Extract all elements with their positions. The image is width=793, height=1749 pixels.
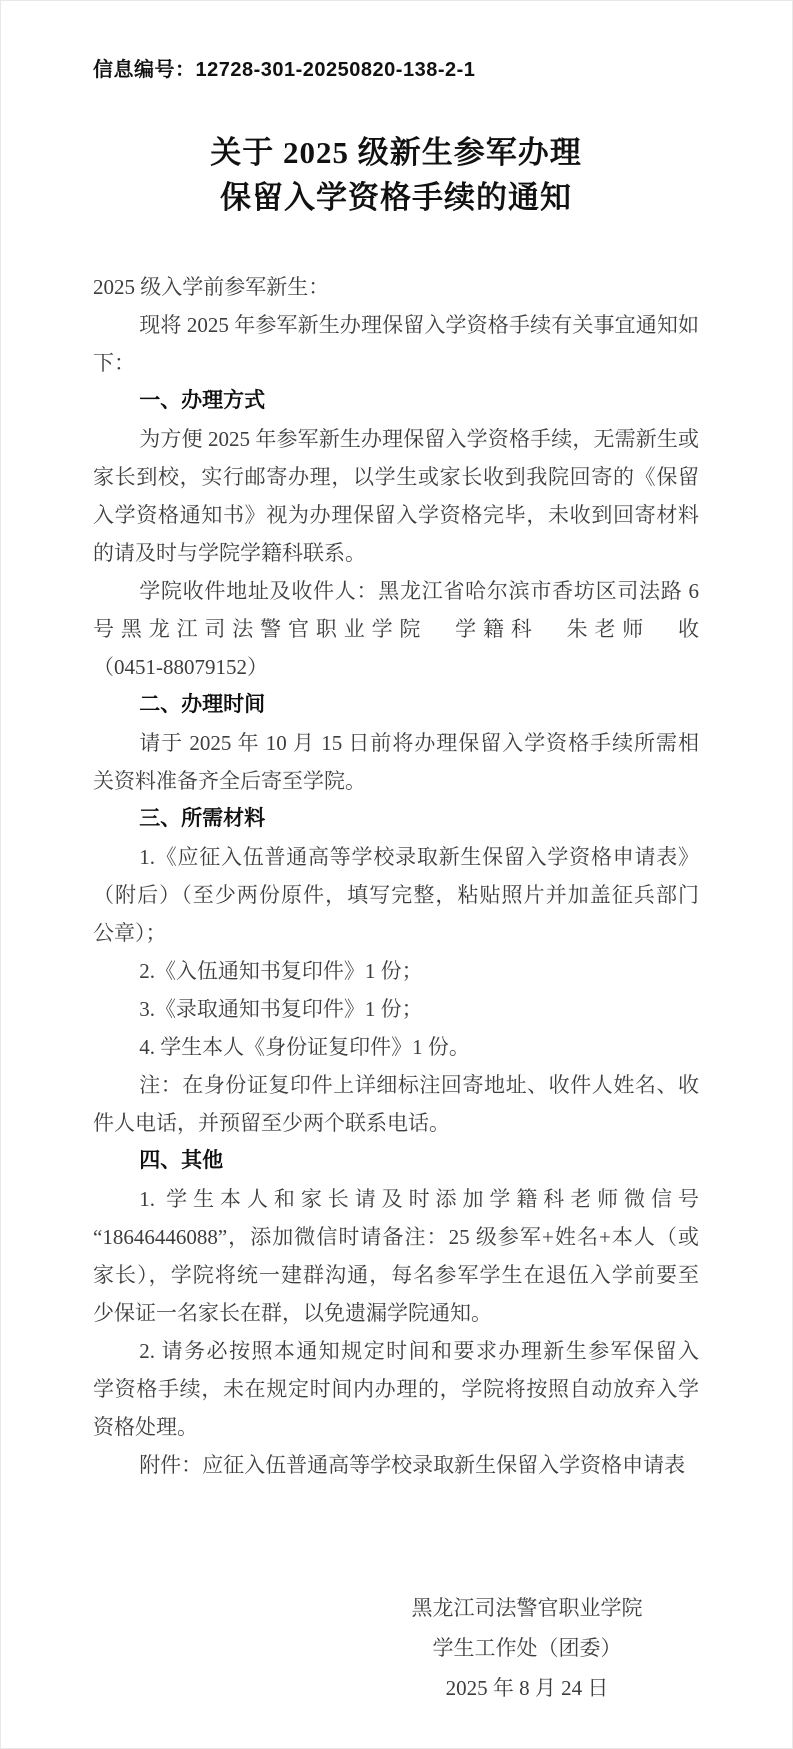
notice-title: 关于 2025 级新生参军办理 保留入学资格手续的通知 (93, 130, 699, 220)
body-line: 学院收件地址及收件人：黑龙江省哈尔滨市香坊区司法路 6 (93, 572, 699, 610)
doc-number: 信息编号：12728-301-20250820-138-2-1 (93, 56, 699, 84)
body-line: 的请及时与学院学籍科联系。 (93, 534, 699, 572)
body-line: 2.《入伍通知书复印件》1 份； (93, 952, 699, 990)
body-line: 家长到校，实行邮寄办理，以学生或家长收到我院回寄的《保留 (93, 458, 699, 496)
body-line: 入学资格通知书》视为办理保留入学资格完毕，未收到回寄材料 (93, 496, 699, 534)
body-line: 1. 学生本人和家长请及时添加学籍科老师微信号 (93, 1180, 699, 1218)
section-heading: 三、所需材料 (93, 800, 699, 838)
body-line: 现将 2025 年参军新生办理保留入学资格手续有关事宜通知如 (93, 306, 699, 344)
signature-line: 学生工作处（团委） (377, 1628, 677, 1668)
body-line: 附件：应征入伍普通高等学校录取新生保留入学资格申请表 (93, 1446, 699, 1484)
body-line: 公章）； (93, 914, 699, 952)
document-body: 2025 级入学前参军新生：现将 2025 年参军新生办理保留入学资格手续有关事… (93, 268, 699, 1484)
signature-line: 黑龙江司法警官职业学院 (377, 1588, 677, 1628)
notice-page: 信息编号：12728-301-20250820-138-2-1 关于 2025 … (0, 0, 793, 1749)
title-line-1: 关于 2025 级新生参军办理 (93, 130, 699, 175)
body-line: 2. 请务必按照本通知规定时间和要求办理新生参军保留入 (93, 1332, 699, 1370)
body-line: 件人电话，并预留至少两个联系电话。 (93, 1104, 699, 1142)
section-heading: 二、办理时间 (93, 686, 699, 724)
body-line: 资格处理。 (93, 1408, 699, 1446)
signature-line: 2025 年 8 月 24 日 (377, 1668, 677, 1708)
body-line: “18646446088”，添加微信时请备注：25 级参军+姓名+本人（或 (93, 1218, 699, 1256)
body-line: 少保证一名家长在群，以免遗漏学院通知。 (93, 1294, 699, 1332)
body-line: 3.《录取通知书复印件》1 份； (93, 990, 699, 1028)
body-line: 家长），学院将统一建群沟通，每名参军学生在退伍入学前要至 (93, 1256, 699, 1294)
body-line: （附后）（至少两份原件，填写完整，粘贴照片并加盖征兵部门 (93, 876, 699, 914)
body-line: 2025 级入学前参军新生： (93, 268, 699, 306)
section-heading: 四、其他 (93, 1142, 699, 1180)
body-line: 注：在身份证复印件上详细标注回寄地址、收件人姓名、收 (93, 1066, 699, 1104)
body-line: 1.《应征入伍普通高等学校录取新生保留入学资格申请表》 (93, 838, 699, 876)
body-line: 4. 学生本人《身份证复印件》1 份。 (93, 1028, 699, 1066)
body-line: 请于 2025 年 10 月 15 日前将办理保留入学资格手续所需相 (93, 724, 699, 762)
body-line: （0451-88079152） (93, 648, 699, 686)
body-line: 号黑龙江司法警官职业学院 学籍科 朱老师 收 (93, 610, 699, 648)
signature-block: 黑龙江司法警官职业学院学生工作处（团委）2025 年 8 月 24 日 (377, 1588, 677, 1708)
body-line: 学资格手续，未在规定时间内办理的，学院将按照自动放弃入学 (93, 1370, 699, 1408)
title-line-2: 保留入学资格手续的通知 (93, 175, 699, 220)
body-line: 关资料准备齐全后寄至学院。 (93, 762, 699, 800)
body-line: 下： (93, 344, 699, 382)
section-heading: 一、办理方式 (93, 382, 699, 420)
body-line: 为方便 2025 年参军新生办理保留入学资格手续，无需新生或 (93, 420, 699, 458)
